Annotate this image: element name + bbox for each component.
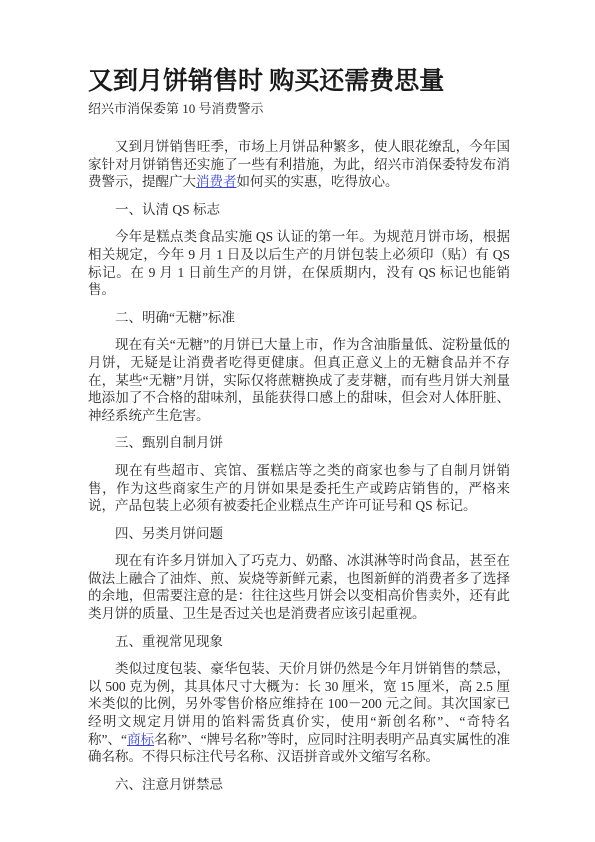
trademark-link[interactable]: 商标 <box>127 732 154 747</box>
document-page: 又到月饼销售时 购买还需费思量 绍兴市消保委第 10 号消费警示 又到月饼销售旺… <box>0 0 595 842</box>
intro-paragraph: 又到月饼销售旺季，市场上月饼品种繁多，使人眼花缭乱，今年国家针对月饼销售还实施了… <box>88 138 510 191</box>
section-6-heading: 六、注意月饼禁忌 <box>88 776 510 794</box>
section-5-body: 类似过度包装、豪华包装、天价月饼仍然是今年月饼销售的禁忌，以 500 克为例，其… <box>88 660 510 766</box>
consumer-link[interactable]: 消费者 <box>196 174 237 189</box>
section-2-heading: 二、明确“无糖”标准 <box>88 309 510 327</box>
intro-text-after-link: 如何买的实惠，吃得放心。 <box>237 174 399 189</box>
section-3: 三、甄别自制月饼 现在有些超市、宾馆、蛋糕店等之类的商家也参与了自制月饼销售，作… <box>88 434 510 514</box>
section-1: 一、认清 QS 标志 今年是糕点类食品实施 QS 认证的第一年。为规范月饼市场，… <box>88 201 510 299</box>
article-content: 又到月饼销售时 购买还需费思量 绍兴市消保委第 10 号消费警示 又到月饼销售旺… <box>0 0 595 793</box>
section-3-body: 现在有些超市、宾馆、蛋糕店等之类的商家也参与了自制月饼销售，作为这些商家生产的月… <box>88 462 510 515</box>
section-1-heading: 一、认清 QS 标志 <box>88 201 510 219</box>
section-5-heading: 五、重视常见现象 <box>88 633 510 651</box>
section-2: 二、明确“无糖”标准 现在有关“无糖”的月饼已大量上市，作为含油脂量低、淀粉量低… <box>88 309 510 425</box>
section-4-body: 现在有许多月饼加入了巧克力、奶酪、冰淇淋等时尚食品，甚至在做法上融合了油炸、煎、… <box>88 552 510 622</box>
article-subtitle: 绍兴市消保委第 10 号消费警示 <box>88 100 510 118</box>
section-5: 五、重视常见现象 类似过度包装、豪华包装、天价月饼仍然是今年月饼销售的禁忌，以 … <box>88 633 510 766</box>
section-6: 六、注意月饼禁忌 <box>88 776 510 794</box>
section-4-heading: 四、另类月饼问题 <box>88 525 510 543</box>
section-3-heading: 三、甄别自制月饼 <box>88 434 510 452</box>
article-title: 又到月饼销售时 购买还需费思量 <box>88 66 510 98</box>
section-4: 四、另类月饼问题 现在有许多月饼加入了巧克力、奶酪、冰淇淋等时尚食品，甚至在做法… <box>88 525 510 623</box>
section-2-body: 现在有关“无糖”的月饼已大量上市，作为含油脂量低、淀粉量低的月饼，无疑是让消费者… <box>88 336 510 424</box>
section-1-body: 今年是糕点类食品实施 QS 认证的第一年。为规范月饼市场，根据相关规定，今年 9… <box>88 228 510 298</box>
